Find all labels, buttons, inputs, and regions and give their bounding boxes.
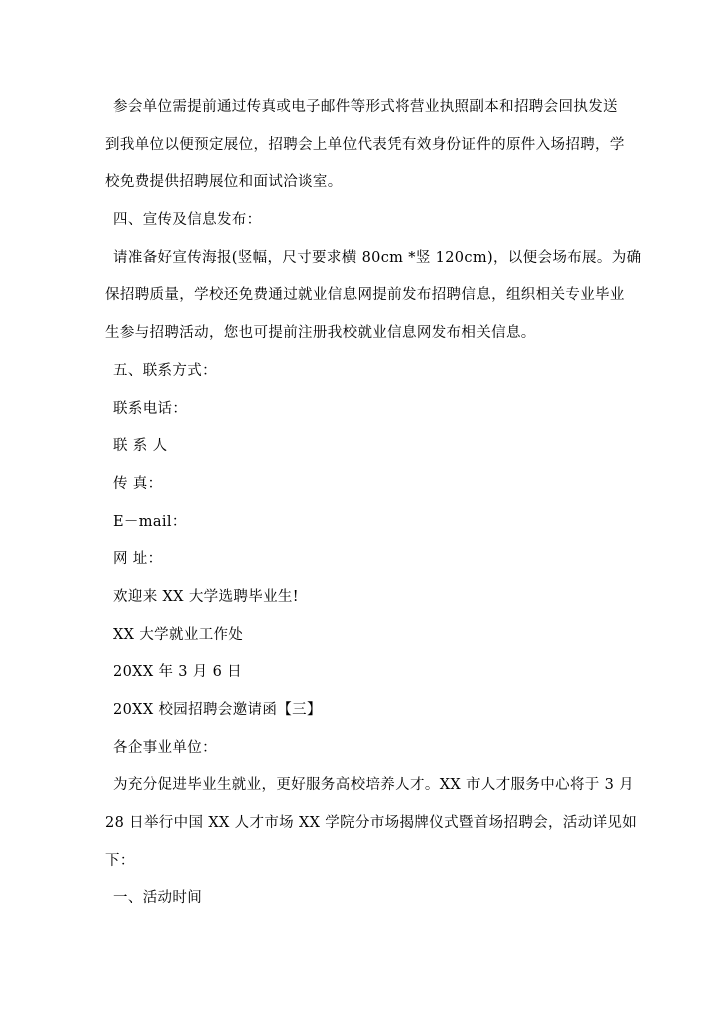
document-line: XX 大学就业工作处 (105, 617, 611, 655)
document-text-block: 参会单位需提前通过传真或电子邮件等形式将营业执照副本和招聘会回执发送到我单位以便… (105, 89, 611, 918)
document-line: E－mail： (105, 504, 611, 542)
document-line: 五、联系方式： (105, 353, 611, 391)
document-line: 各企事业单位： (105, 730, 611, 768)
document-line: 20XX 年 3 月 6 日 (105, 654, 611, 692)
document-line: 欢迎来 XX 大学选聘毕业生! (105, 579, 611, 617)
document-line: 到我单位以便预定展位，招聘会上单位代表凭有效身份证件的原件入场招聘，学 (105, 127, 611, 165)
document-line: 下： (105, 843, 611, 881)
document-line: 生参与招聘活动，您也可提前注册我校就业信息网发布相关信息。 (105, 315, 611, 353)
document-page: 参会单位需提前通过传真或电子邮件等形式将营业执照副本和招聘会回执发送到我单位以便… (0, 0, 721, 1020)
document-line: 联系电话： (105, 391, 611, 429)
document-line: 联 系 人 (105, 428, 611, 466)
document-line: 28 日举行中国 XX 人才市场 XX 学院分市场揭牌仪式暨首场招聘会，活动详见… (105, 805, 611, 843)
document-line: 网 址： (105, 541, 611, 579)
document-line: 20XX 校园招聘会邀请函【三】 (105, 692, 611, 730)
document-line: 保招聘质量，学校还免费通过就业信息网提前发布招聘信息，组织相关专业毕业 (105, 277, 611, 315)
document-line: 校免费提供招聘展位和面试洽谈室。 (105, 164, 611, 202)
document-line: 一、活动时间 (105, 880, 611, 918)
document-line: 请准备好宣传海报(竖幅，尺寸要求横 80cm *竖 120cm)，以便会场布展。… (105, 240, 611, 278)
document-line: 传 真： (105, 466, 611, 504)
document-line: 为充分促进毕业生就业，更好服务高校培养人才。XX 市人才服务中心将于 3 月 (105, 767, 611, 805)
document-line: 四、宣传及信息发布： (105, 202, 611, 240)
document-line: 参会单位需提前通过传真或电子邮件等形式将营业执照副本和招聘会回执发送 (105, 89, 611, 127)
